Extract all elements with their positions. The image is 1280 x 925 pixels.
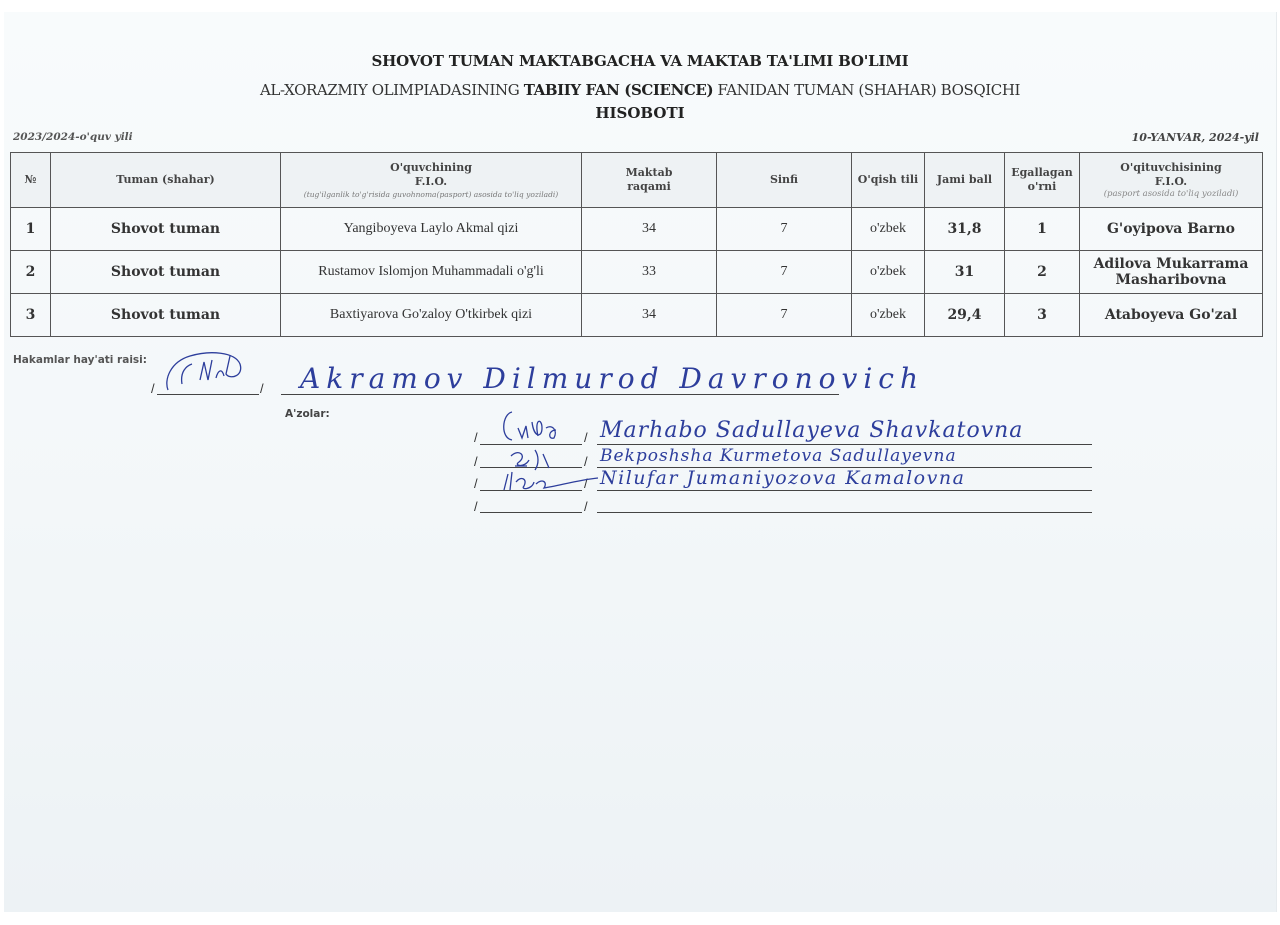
cell-teacher: Adilova Mukarrama Masharibovna (1080, 251, 1263, 294)
cell-district: Shovot tuman (51, 294, 281, 337)
slash-mark: / (151, 381, 155, 396)
member-name-1: Marhabo Sadullayeva Shavkatovna (600, 418, 1023, 443)
cell-district: Shovot tuman (51, 208, 281, 251)
header-school: Maktab raqami (582, 153, 717, 208)
name-line (597, 512, 1092, 513)
table-header-row: № Tuman (shahar) O'quvchining F.I.O. (tu… (11, 153, 1263, 208)
cell-grade: 7 (717, 251, 852, 294)
document-subtitle: AL-XORAZMIY OLIMPIADASINING TABIIY FAN (… (0, 81, 1280, 99)
cell-num: 2 (11, 251, 51, 294)
header-language: O'qish tili (852, 153, 925, 208)
subject-name: TABIIY FAN (SCIENCE) (524, 81, 713, 99)
cell-score: 31,8 (925, 208, 1005, 251)
slash-mark: / (584, 454, 588, 469)
cell-place: 1 (1005, 208, 1080, 251)
cell-student: Baxtiyarova Go'zaloy O'tkirbek qizi (281, 294, 582, 337)
cell-language: o'zbek (852, 251, 925, 294)
slash-mark: / (474, 454, 478, 469)
cell-student: Rustamov Islomjon Muhammadali o'g'li (281, 251, 582, 294)
jury-chair-label: Hakamlar hay'ati raisi: (13, 354, 147, 366)
slash-mark: / (474, 430, 478, 445)
cell-place: 3 (1005, 294, 1080, 337)
table-row: 3 Shovot tuman Baxtiyarova Go'zaloy O'tk… (11, 294, 1263, 337)
document-heading: HISOBOTI (0, 104, 1280, 122)
header-student-note: (tug'ilganlik to'g'risida guvohnoma(pasp… (283, 189, 579, 200)
member-signature-3 (498, 468, 598, 499)
members-label: A'zolar: (285, 408, 330, 420)
table-row: 2 Shovot tuman Rustamov Islomjon Muhamma… (11, 251, 1263, 294)
results-table: № Tuman (shahar) O'quvchining F.I.O. (tu… (10, 152, 1263, 337)
header-teacher: O'qituvchisining F.I.O. (pasport asosida… (1080, 153, 1263, 208)
cell-grade: 7 (717, 208, 852, 251)
table-row: 1 Shovot tuman Yangiboyeva Laylo Akmal q… (11, 208, 1263, 251)
header-district: Tuman (shahar) (51, 153, 281, 208)
cell-teacher: Ataboyeva Go'zal (1080, 294, 1263, 337)
report-date: 10-YANVAR, 2024-yil (1132, 131, 1259, 144)
academic-year: 2023/2024-o'quv yili (13, 131, 133, 143)
cell-score: 31 (925, 251, 1005, 294)
header-grade: Sinfi (717, 153, 852, 208)
header-student: O'quvchining F.I.O. (tug'ilganlik to'g'r… (281, 153, 582, 208)
header-place: Egallagan o'rni (1005, 153, 1080, 208)
cell-language: o'zbek (852, 294, 925, 337)
jury-chair-signature (160, 350, 250, 399)
header-total-score: Jami ball (925, 153, 1005, 208)
cell-grade: 7 (717, 294, 852, 337)
header-teacher-note: (pasport asosida to'liq yoziladi) (1082, 189, 1260, 200)
slash-mark: / (584, 430, 588, 445)
name-line (597, 444, 1092, 445)
signature-line (480, 512, 582, 513)
cell-school: 33 (582, 251, 717, 294)
cell-score: 29,4 (925, 294, 1005, 337)
cell-language: o'zbek (852, 208, 925, 251)
cell-school: 34 (582, 208, 717, 251)
cell-num: 1 (11, 208, 51, 251)
document-title: SHOVOT TUMAN MAKTABGACHA VA MAKTAB TA'LI… (0, 52, 1280, 70)
jury-chair-name: Akramov Dilmurod Davronovich (300, 362, 924, 395)
member-signature-1 (498, 408, 568, 449)
slash-mark: / (584, 499, 588, 514)
cell-student: Yangiboyeva Laylo Akmal qizi (281, 208, 582, 251)
cell-teacher: G'oyipova Barno (1080, 208, 1263, 251)
member-name-2: Bekposhsha Kurmetova Sadullayevna (600, 446, 957, 466)
slash-mark: / (474, 499, 478, 514)
member-name-3: Nilufar Jumaniyozova Kamalovna (600, 467, 965, 489)
slash-mark: / (474, 476, 478, 491)
cell-num: 3 (11, 294, 51, 337)
slash-mark: / (260, 381, 264, 396)
cell-school: 34 (582, 294, 717, 337)
cell-place: 2 (1005, 251, 1080, 294)
name-line (597, 490, 1092, 491)
header-num: № (11, 153, 51, 208)
cell-district: Shovot tuman (51, 251, 281, 294)
